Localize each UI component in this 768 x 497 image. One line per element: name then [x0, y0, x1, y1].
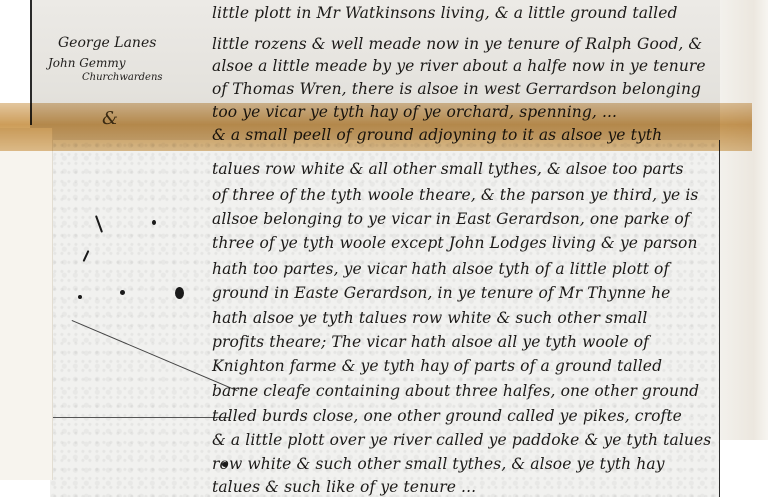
text-line: talues row white & all other small tythe… — [212, 160, 684, 178]
fold-line — [50, 417, 230, 418]
text-line: hath too partes, ye vicar hath alsoe tyt… — [212, 260, 669, 278]
text-line: talues & such like of ye tenure ... — [212, 478, 476, 496]
text-line: three of ye tyth woole except John Lodge… — [212, 234, 698, 252]
ink-speck — [152, 220, 156, 225]
text-line: allsoe belonging to ye vicar in East Ger… — [212, 210, 690, 228]
text-line: barne cleafe containing about three half… — [212, 382, 699, 400]
text-line: talled burds close, one other ground cal… — [212, 407, 682, 425]
tissue-strip-right — [720, 0, 768, 440]
text-line: of Thomas Wren, there is alsoe in west G… — [212, 80, 701, 98]
ink-speck — [83, 250, 90, 262]
text-line: little plott in Mr Watkinsons living, & … — [212, 4, 678, 22]
manuscript-scan: George Lanes John Gemmy Churchwardens li… — [0, 0, 768, 497]
text-line: little rozens & well meade now in ye ten… — [212, 35, 702, 53]
text-line: ground in Easte Gerardson, in ye tenure … — [212, 284, 670, 302]
text-line: Knighton farme & ye tyth hay of parts of… — [212, 357, 662, 375]
diagonal-crease — [72, 320, 238, 391]
ink-speck — [78, 295, 82, 299]
ink-speck — [95, 215, 103, 233]
tape-margin-mark: & — [102, 108, 118, 129]
signature-john: John Gemmy — [48, 56, 126, 70]
tissue-strip-left — [0, 128, 53, 480]
text-line: profits theare; The vicar hath alsoe all… — [212, 333, 649, 351]
text-line: of three of the tyth woole theare, & the… — [212, 186, 698, 204]
text-line: alsoe a little meade by ye river about a… — [212, 57, 706, 75]
text-line: & a little plott over ye river called ye… — [212, 431, 711, 449]
signature-churchwardens: Churchwardens — [82, 72, 163, 83]
ink-speck — [175, 287, 184, 299]
ink-speck — [120, 290, 125, 295]
text-line: hath alsoe ye tyth talues row white & su… — [212, 309, 647, 327]
signature-george: George Lanes — [58, 35, 156, 51]
text-line: row white & such other small tythes, & a… — [212, 455, 665, 473]
